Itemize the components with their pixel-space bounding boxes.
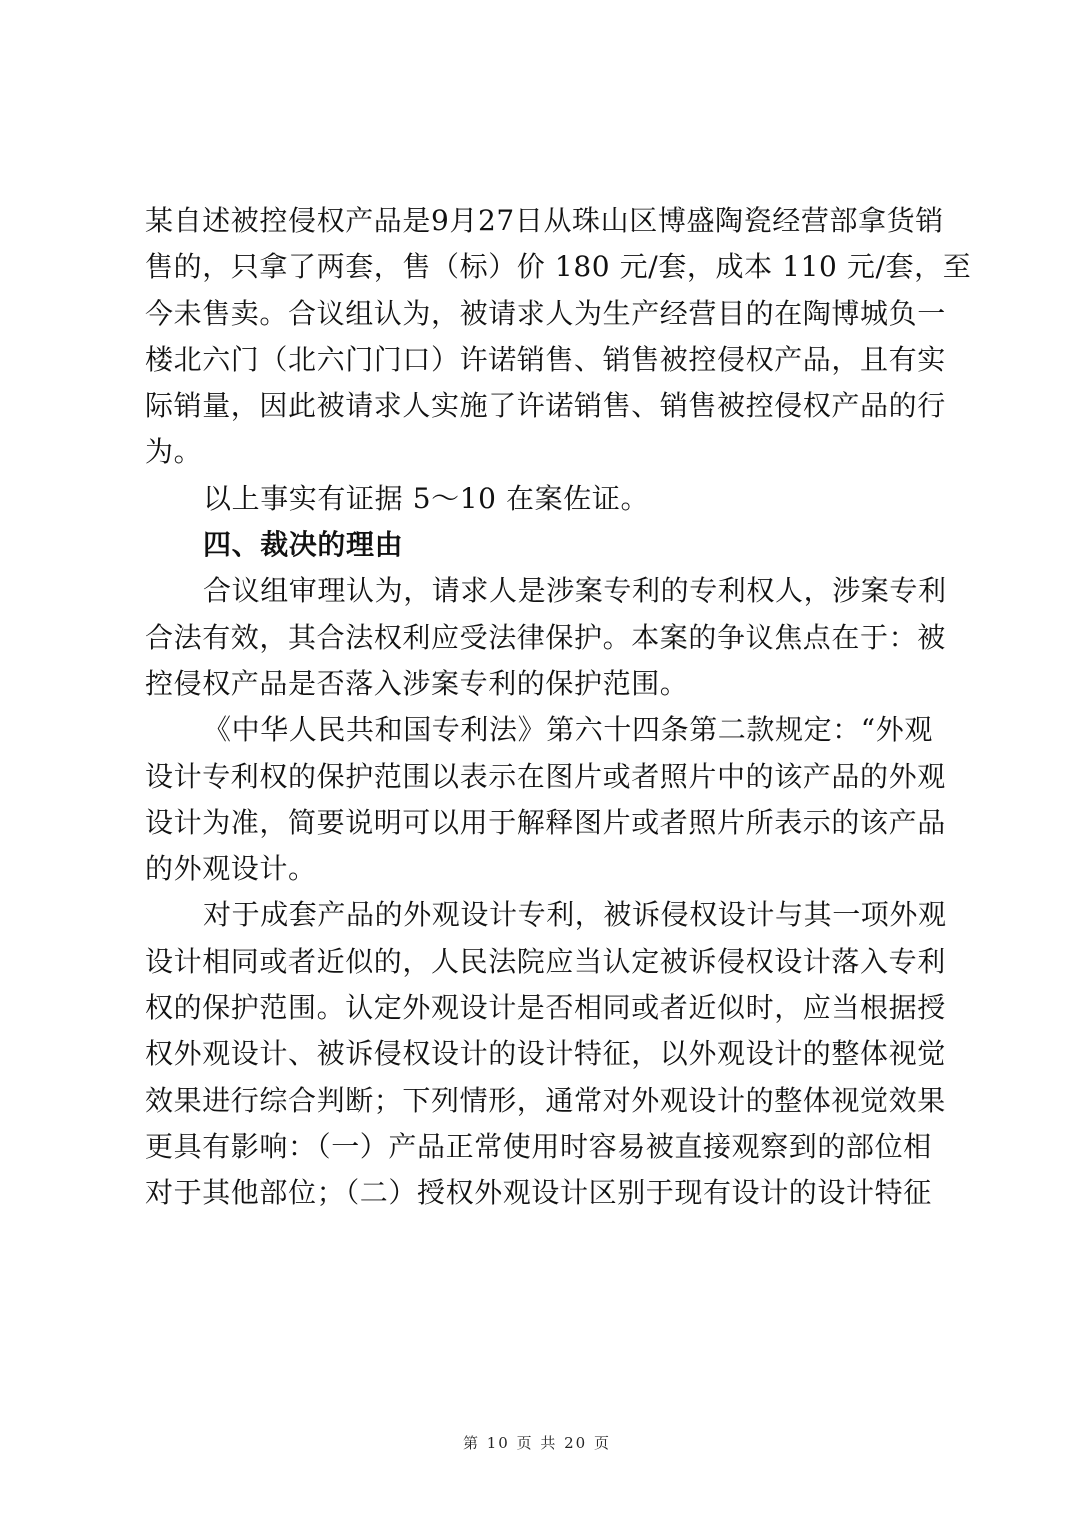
page-number-footer: 第 10 页 共 20 页 [0, 1432, 1074, 1453]
text-line: 更具有影响：（一）产品正常使用时容易被直接观察到的部位相 [145, 1124, 945, 1170]
text-line: 售的，只拿了两套，售（标）价 180 元/套，成本 110 元/套，至 [145, 244, 945, 290]
text-line: 以上事实有证据 5～10 在案佐证。 [145, 476, 945, 522]
text-line: 际销量，因此被请求人实施了许诺销售、销售被控侵权产品的行 [145, 383, 945, 429]
paragraph-patent-law: 《中华人民共和国专利法》第六十四条第二款规定：“外观 设计专利权的保护范围以表示… [145, 707, 945, 892]
paragraph-dispute-focus: 合议组审理认为，请求人是涉案专利的专利权人，涉案专利 合法有效，其合法权利应受法… [145, 568, 945, 707]
section-heading: 四、裁决的理由 [145, 522, 945, 568]
text-line: 某自述被控侵权产品是9月27日从珠山区博盛陶瓷经营部拿货销 [145, 198, 945, 244]
text-line: 为。 [145, 429, 945, 475]
text-line: 设计相同或者近似的，人民法院应当认定被诉侵权设计落入专利 [145, 939, 945, 985]
text-line: 控侵权产品是否落入涉案专利的保护范围。 [145, 661, 945, 707]
text-line: 的外观设计。 [145, 846, 945, 892]
text-line: 今未售卖。合议组认为，被请求人为生产经营目的在陶博城负一 [145, 291, 945, 337]
document-page: 某自述被控侵权产品是9月27日从珠山区博盛陶瓷经营部拿货销 售的，只拿了两套，售… [0, 0, 1074, 1520]
text-line: 设计为准，简要说明可以用于解释图片或者照片所表示的该产品 [145, 800, 945, 846]
document-body: 某自述被控侵权产品是9月27日从珠山区博盛陶瓷经营部拿货销 售的，只拿了两套，售… [145, 198, 945, 1217]
text-line: 权的保护范围。认定外观设计是否相同或者近似时，应当根据授 [145, 985, 945, 1031]
text-line: 效果进行综合判断；下列情形，通常对外观设计的整体视觉效果 [145, 1078, 945, 1124]
heading-reasons: 四、裁决的理由 [145, 522, 945, 568]
paragraph-design-comparison: 对于成套产品的外观设计专利，被诉侵权设计与其一项外观 设计相同或者近似的，人民法… [145, 892, 945, 1216]
text-line: 设计专利权的保护范围以表示在图片或者照片中的该产品的外观 [145, 754, 945, 800]
paragraph-sales-facts: 某自述被控侵权产品是9月27日从珠山区博盛陶瓷经营部拿货销 售的，只拿了两套，售… [145, 198, 945, 476]
text-line: 对于成套产品的外观设计专利，被诉侵权设计与其一项外观 [145, 892, 945, 938]
text-line: 楼北六门（北六门门口）许诺销售、销售被控侵权产品，且有实 [145, 337, 945, 383]
text-line: 《中华人民共和国专利法》第六十四条第二款规定：“外观 [145, 707, 945, 753]
text-line: 权外观设计、被诉侵权设计的设计特征，以外观设计的整体视觉 [145, 1031, 945, 1077]
text-line: 对于其他部位；（二）授权外观设计区别于现有设计的设计特征 [145, 1170, 945, 1216]
paragraph-evidence: 以上事实有证据 5～10 在案佐证。 [145, 476, 945, 522]
text-line: 合议组审理认为，请求人是涉案专利的专利权人，涉案专利 [145, 568, 945, 614]
text-line: 合法有效，其合法权利应受法律保护。本案的争议焦点在于：被 [145, 615, 945, 661]
